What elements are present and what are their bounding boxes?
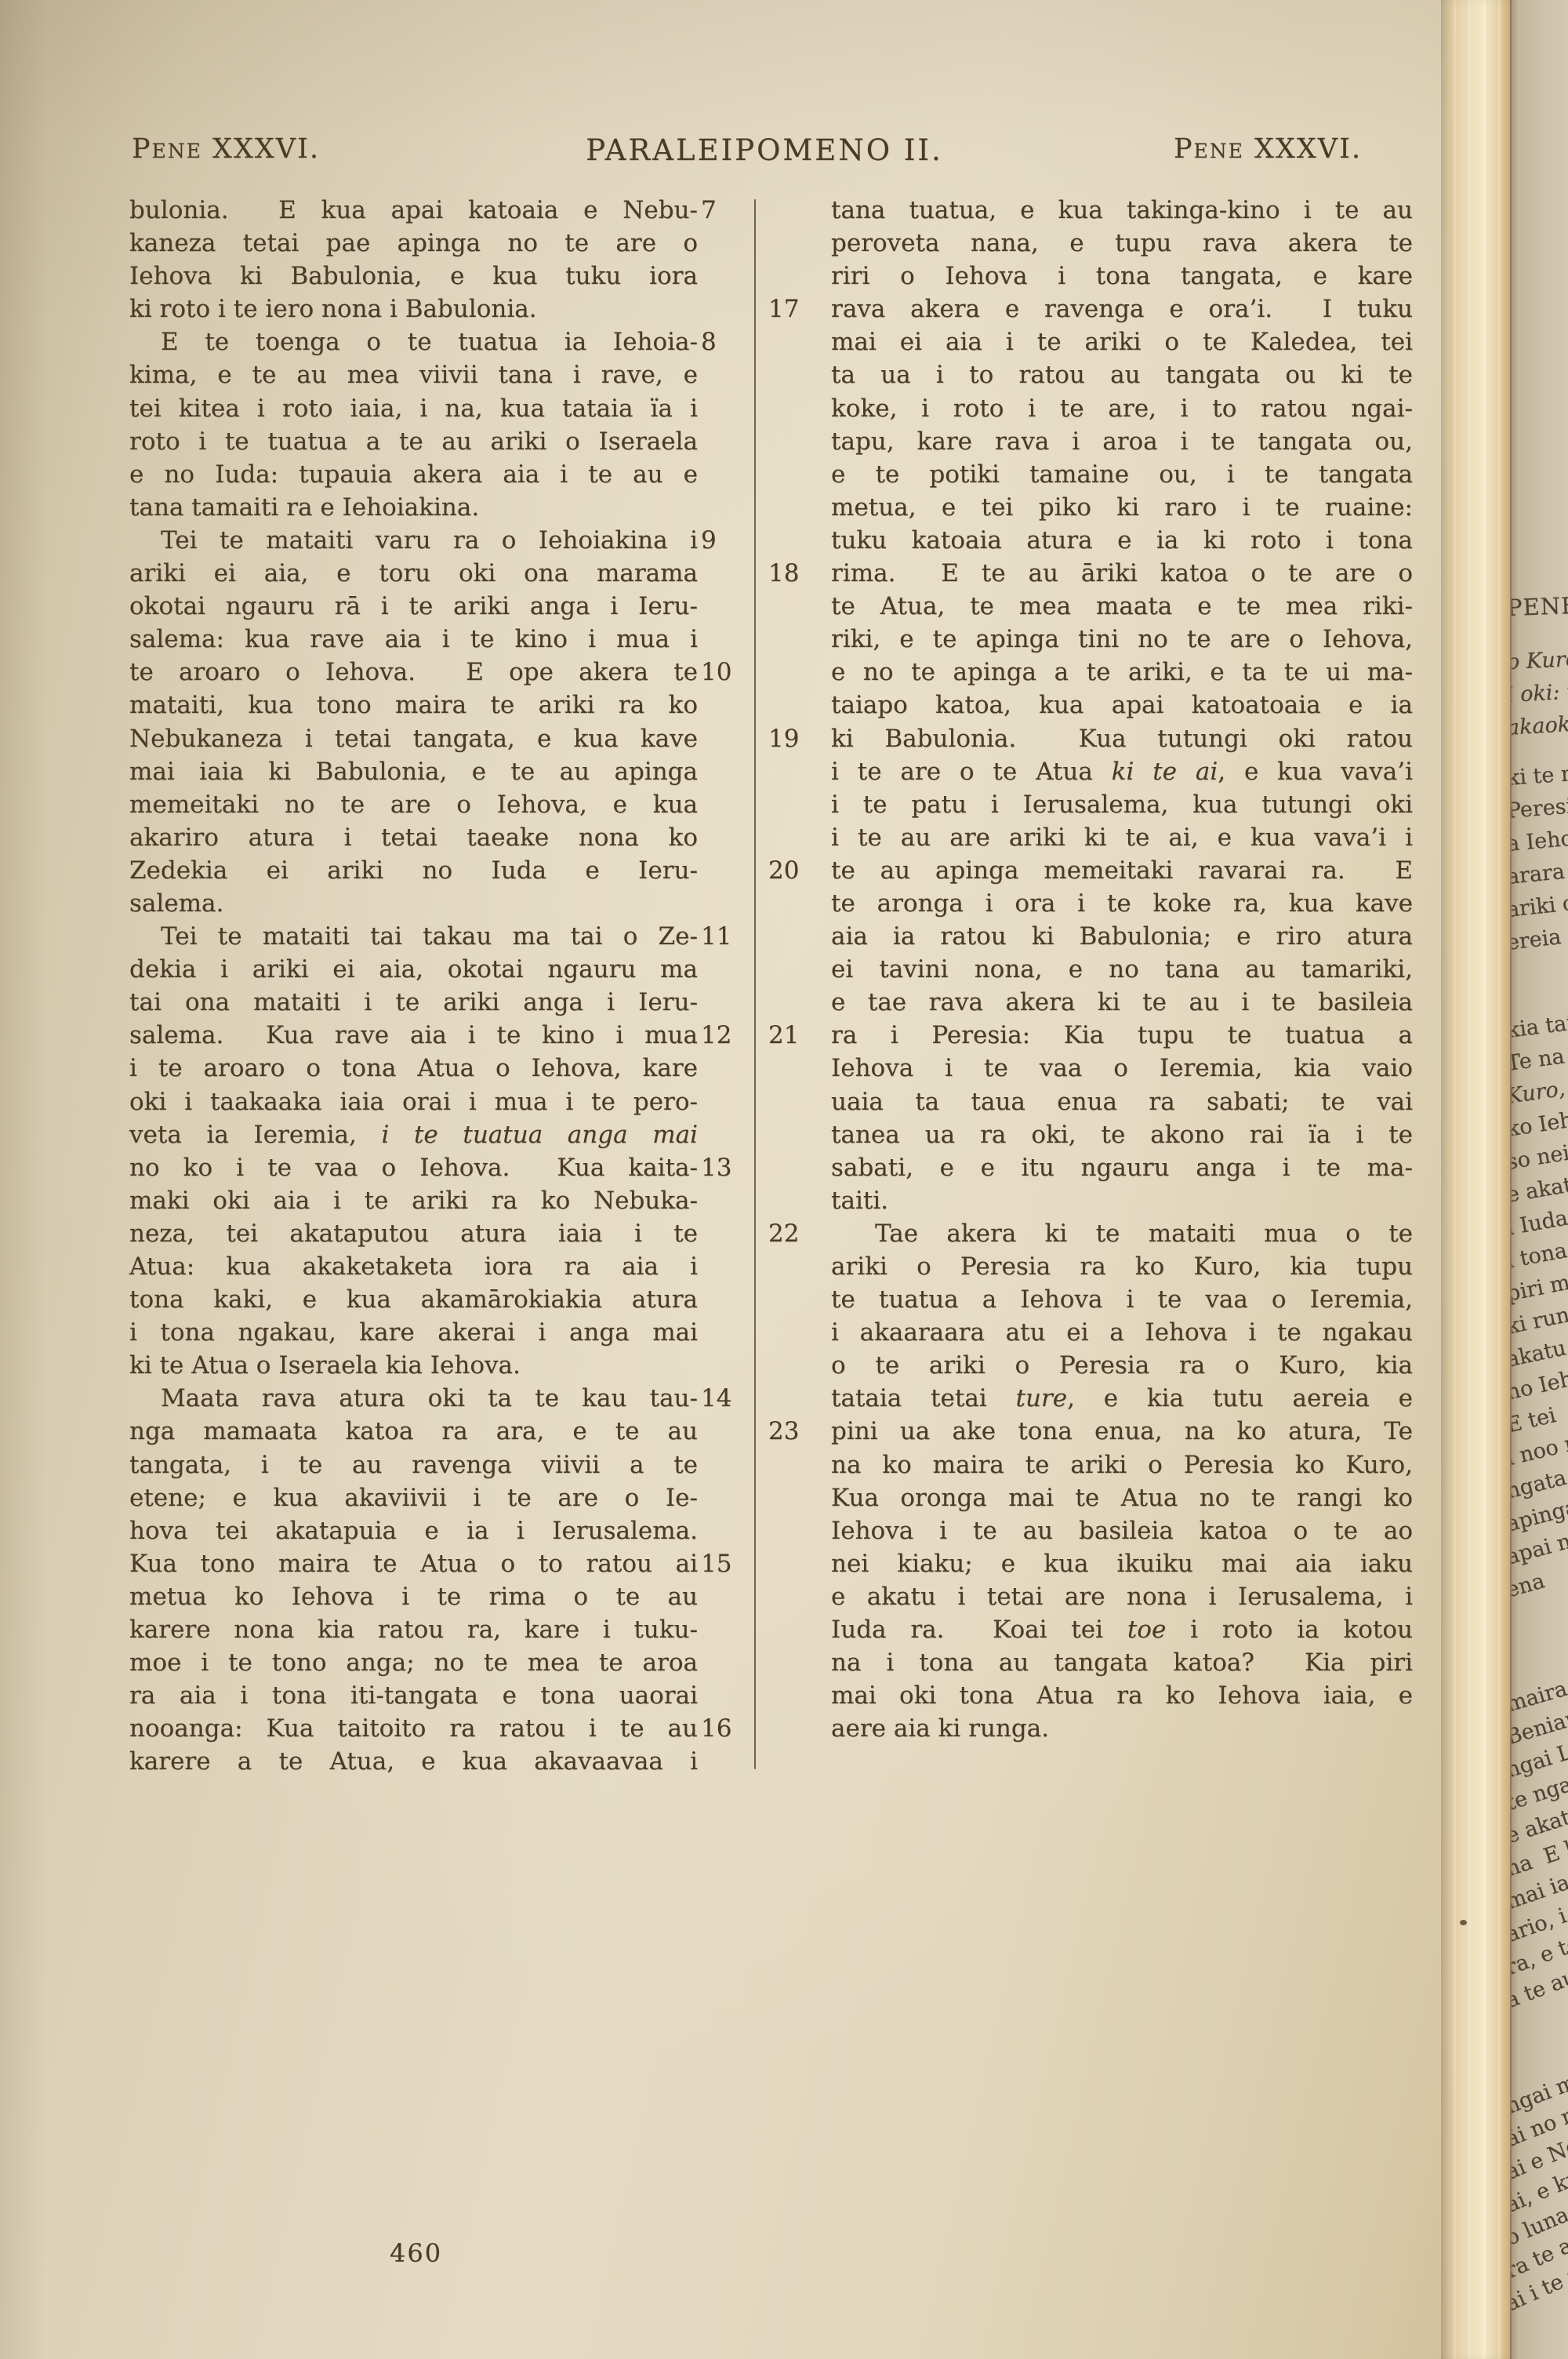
next-page-text-fragment: arara atu <box>1510 856 1568 889</box>
text-line: salema. Kua rave aia i te kino i mua12 <box>129 1019 698 1052</box>
text-line: nei kiaku; e kua ikuiku mai aia iaku <box>831 1547 1413 1580</box>
next-page-text-fragment: a Ieho <box>1510 827 1568 856</box>
text-line: akariro atura i tetai taeake nona ko <box>129 821 698 854</box>
text-line: karere nona kia ratou ra, kare i tuku- <box>129 1613 698 1646</box>
text-line: ra i Peresia: Kia tupu te tuatua a21 <box>831 1019 1413 1052</box>
text-line: Iehova i te au basileia katoa o te ao <box>831 1514 1413 1547</box>
text-line: tangata, i te au ravenga viivii a te <box>129 1448 698 1481</box>
text-line: salema. <box>129 887 698 920</box>
verse-number: 22 <box>768 1217 825 1250</box>
ink-speck <box>1460 1920 1467 1925</box>
verse-number: 19 <box>768 722 825 755</box>
next-page-edge: PENEo Kuro: tei oki: teakaoki angaki te … <box>1510 0 1568 2359</box>
text-line: rava akera e ravenga e ora’i. I tuku17 <box>831 293 1413 325</box>
text-line: mai iaia ki Babulonia, e te au apinga <box>129 755 698 788</box>
text-line: te aroaro o Iehova. E ope akera te10 <box>129 656 698 689</box>
text-line: veta ia Ieremia, i te tuatua anga mai <box>129 1118 698 1151</box>
left-binding-shadow <box>0 0 47 2359</box>
text-line: tanea ua ra oki, te akono rai ïa i te <box>831 1118 1413 1151</box>
text-line: E te toenga o te tuatua ia Iehoia-8 <box>129 325 698 358</box>
text-line: uaia ta taua enua ra sabati; te vai <box>831 1085 1413 1118</box>
next-page-text-fragment: o Kuro: te <box>1510 646 1568 674</box>
text-line: no ko i te vaa o Iehova. Kua kaita-13 <box>129 1151 698 1184</box>
column-divider <box>754 199 756 1769</box>
text-line: aia ia ratou ki Babulonia; e riro atura <box>831 920 1413 953</box>
next-page-text-fragment: kia tataia <box>1510 1007 1568 1042</box>
text-line: mai oki tona Atua ra ko Iehova iaia, e <box>831 1679 1413 1712</box>
text-line: ki roto i te iero nona i Babulonia. <box>129 293 698 325</box>
text-line: te au apinga memeitaki ravarai ra. E20 <box>831 854 1413 887</box>
text-line: Iuda ra. Koai tei toe i roto ia kotou <box>831 1613 1413 1646</box>
text-line: tei kitea i roto iaia, i na, kua tataia … <box>129 392 698 425</box>
right-column: tana tuatua, e kua takinga-kino i te aup… <box>831 194 1413 1745</box>
text-line: karere a te Atua, e kua akavaavaa i <box>129 1745 698 1778</box>
next-page-text-fragment: E tei <box>1510 1404 1559 1438</box>
text-line: Tae akera ki te mataiti mua o te22 <box>831 1217 1413 1250</box>
verse-number: 23 <box>768 1415 825 1448</box>
text-line: taiapo katoa, kua apai katoatoaia e ia <box>831 689 1413 722</box>
text-line: metua ko Iehova i te rima o te au <box>129 1580 698 1613</box>
next-page-text-fragment: ki te m <box>1510 761 1568 791</box>
text-line: moe i te tono anga; no te mea te aroa <box>129 1646 698 1679</box>
text-line: riki, e te apinga tini no te are o Iehov… <box>831 623 1413 656</box>
next-page-text-fragment: akaoki anga <box>1510 709 1568 740</box>
text-line: tataia tetai ture, e kia tutu aereia e <box>831 1382 1413 1415</box>
text-line: te Atua, te mea maata e te mea riki- <box>831 590 1413 623</box>
text-line: okotai ngauru rā i te ariki anga i Ieru- <box>129 590 698 623</box>
text-line: i akaaraara atu ei a Iehova i te ngakau <box>831 1316 1413 1349</box>
left-column: bulonia. E kua apai katoaia e Nebu-7kane… <box>129 194 698 1779</box>
text-line: ra aia i tona iti-tangata e tona uaorai <box>129 1679 698 1712</box>
verse-number: 7 <box>701 194 750 227</box>
text-line: Nebukaneza i tetai tangata, e kua kave <box>129 722 698 755</box>
text-line: i te aroaro o tona Atua o Iehova, kare <box>129 1052 698 1085</box>
text-line: i te are o te Atua ki te ai, e kua vava’… <box>831 755 1413 788</box>
text-line: e tae rava akera ki te au i te basileia <box>831 986 1413 1019</box>
text-line: nga mamaata katoa ra ara, e te au <box>129 1415 698 1448</box>
text-line: mai ei aia i te ariki o te Kaledea, tei <box>831 325 1413 358</box>
text-line: aere aia ki runga. <box>831 1712 1413 1745</box>
verse-number: 14 <box>701 1382 750 1415</box>
verse-number: 11 <box>701 920 750 953</box>
text-line: bulonia. E kua apai katoaia e Nebu-7 <box>129 194 698 227</box>
text-line: tapu, kare rava i aroa i te tangata ou, <box>831 425 1413 458</box>
text-line: Kua tono maira te Atua o to ratou ai15 <box>129 1547 698 1580</box>
text-line: riri o Iehova i tona tangata, e kare <box>831 260 1413 293</box>
text-line: i te au are ariki ki te ai, e kua vava’i… <box>831 821 1413 854</box>
verse-number: 13 <box>701 1151 750 1184</box>
verse-number: 18 <box>768 557 825 590</box>
running-head-right: Pene XXXVI. <box>1174 133 1362 173</box>
next-page-text-fragment: i oki: te <box>1510 680 1568 707</box>
text-line: oki i taakaaka iaia orai i mua i te pero… <box>129 1085 698 1118</box>
text-line: metua, e tei piko ki raro i te ruaine: <box>831 491 1413 524</box>
text-line: ki te Atua o Iseraela kia Iehova. <box>129 1349 698 1382</box>
text-line: pini ua ake tona enua, na ko atura, Te23 <box>831 1415 1413 1448</box>
next-page-text-fragment: e akatu i <box>1510 1169 1568 1208</box>
text-line: Iehova ki Babulonia, e kua tuku iora <box>129 260 698 293</box>
page-fore-edge <box>1441 0 1510 2359</box>
text-line: ei tavini nona, e no tana au tamariki, <box>831 953 1413 986</box>
next-page-text-fragment: ko Iehova <box>1510 1103 1568 1142</box>
text-line: e te potiki tamaine ou, i te tangata <box>831 458 1413 491</box>
verse-number: 20 <box>768 854 825 887</box>
text-line: roto i te tuatua a te au ariki o Iserael… <box>129 425 698 458</box>
text-line: ariki ei aia, e toru oki ona marama <box>129 557 698 590</box>
text-line: salema: kua rave aia i te kino i mua i <box>129 623 698 656</box>
text-line: dekia i ariki ei aia, okotai ngauru ma <box>129 953 698 986</box>
text-line: neza, tei akataputou atura iaia i te <box>129 1217 698 1250</box>
text-line: na i tona au tangata katoa? Kia piri <box>831 1646 1413 1679</box>
text-line: mataiti, kua tono maira te ariki ra ko <box>129 689 698 722</box>
verse-number: 15 <box>701 1547 750 1580</box>
verse-number: 16 <box>701 1712 750 1745</box>
verse-number: 21 <box>768 1019 825 1052</box>
text-line: Atua: kua akaketaketa iora ra aia i <box>129 1250 698 1283</box>
next-page-text-fragment: ereia e pini <box>1510 918 1568 955</box>
text-line: nooanga: Kua taitoito ra ratou i te au16 <box>129 1712 698 1745</box>
text-line: taiti. <box>831 1184 1413 1217</box>
text-line: hova tei akatapuia e ia i Ierusalema. <box>129 1514 698 1547</box>
text-line: te aronga i ora i te koke ra, kua kave <box>831 887 1413 920</box>
text-line: rima. E te au āriki katoa o te are o18 <box>831 557 1413 590</box>
text-line: memeitaki no te are o Iehova, e kua <box>129 788 698 821</box>
text-line: ta ua i to ratou au tangata ou ki te <box>831 358 1413 391</box>
text-line: kima, e te au mea viivii tana i rave, e <box>129 358 698 391</box>
verse-number: 17 <box>768 293 825 325</box>
next-page-text-fragment: ariki o Pe <box>1510 889 1568 922</box>
text-line: i te patu i Ierusalema, kua tutungi oki <box>831 788 1413 821</box>
text-line: tai ona mataiti i te ariki anga i Ieru- <box>129 986 698 1019</box>
next-page-text-fragment: i tona <box>1510 1239 1568 1274</box>
verse-number: 10 <box>701 656 750 689</box>
verse-number: 12 <box>701 1019 750 1052</box>
verse-number: 9 <box>701 524 750 557</box>
text-line: peroveta nana, e tupu rava akera te <box>831 227 1413 260</box>
text-line: tana tuatua, e kua takinga-kino i te au <box>831 194 1413 227</box>
text-line: Iehova i te vaa o Ieremia, kia vaio <box>831 1052 1413 1085</box>
text-line: e akatu i tetai are nona i Ierusalema, i <box>831 1580 1413 1613</box>
next-page-text-fragment: i Iuda ra. <box>1510 1201 1568 1241</box>
text-line: koke, i roto i te are, i to ratou ngai- <box>831 392 1413 425</box>
page-number: 460 <box>390 2238 442 2268</box>
text-line: i tona ngakau, kare akerai i anga mai <box>129 1316 698 1349</box>
next-page-running-head-fragment: PENE <box>1510 594 1568 620</box>
page-title: PARALEIPOMENO II. <box>586 133 943 173</box>
text-line: ariki o Peresia ra ko Kuro, kia tupu <box>831 1250 1413 1283</box>
text-line: te tuatua a Iehova i te vaa o Ieremia, <box>831 1283 1413 1316</box>
running-head-left: Pene XXXVI. <box>132 133 320 173</box>
text-line: e no te apinga a te ariki, e ta te ui ma… <box>831 656 1413 689</box>
text-line: tuku katoaia atura e ia ki roto i tona <box>831 524 1413 557</box>
text-line: ki Babulonia. Kua tutungi oki ratou19 <box>831 722 1413 755</box>
book-page: Pene XXXVI. PARALEIPOMENO II. Pene XXXVI… <box>0 0 1568 2359</box>
text-line: Maata rava atura oki ta te kau tau-14 <box>129 1382 698 1415</box>
next-page-text-fragment: ena <box>1510 1569 1548 1602</box>
text-line: maki oki aia i te ariki ra ko Nebuka- <box>129 1184 698 1217</box>
text-line: Zedekia ei ariki no Iuda e Ieru- <box>129 854 698 887</box>
text-line: Tei te mataiti varu ra o Iehoiakina i9 <box>129 524 698 557</box>
text-line: tana tamaiti ra e Iehoiakina. <box>129 491 698 524</box>
text-line: Tei te mataiti tai takau ma tai o Ze-11 <box>129 920 698 953</box>
next-page-text-fragment: Peresia ra <box>1510 791 1568 823</box>
text-line: e no Iuda: tupauia akera aia i te au e <box>129 458 698 491</box>
text-line: kaneza tetai pae apinga no te are o <box>129 227 698 260</box>
text-line: tona kaki, e kua akamārokiakia atura <box>129 1283 698 1316</box>
text-line: etene; e kua akaviivii i te are o Ie- <box>129 1481 698 1514</box>
next-page-text-fragment: maira te ui <box>1510 1662 1568 1717</box>
verse-number: 8 <box>701 325 750 358</box>
text-line: sabati, e e itu ngauru anga i te ma- <box>831 1151 1413 1184</box>
text-line: na ko maira te ariki o Peresia ko Kuro, <box>831 1448 1413 1481</box>
text-line: o te ariki o Peresia ra o Kuro, kia <box>831 1349 1413 1382</box>
text-line: Kua oronga mai te Atua no te rangi ko <box>831 1481 1413 1514</box>
